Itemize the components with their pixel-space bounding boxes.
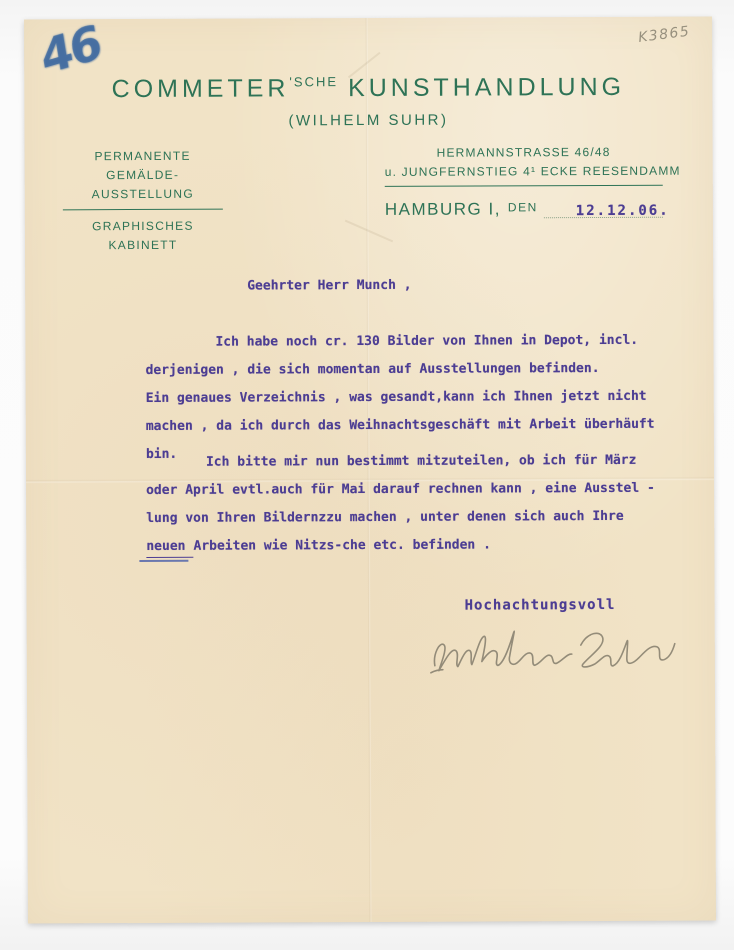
letterhead-left-line2: GEMÄLDE-AUSSTELLUNG	[63, 166, 223, 211]
body-line: oder April evtl.auch für Mai darauf rech…	[146, 475, 686, 505]
letterhead-left-line3: GRAPHISCHES KABINETT	[63, 210, 223, 256]
date-dotted-line: 12.12.06.	[544, 199, 663, 219]
den-label: DEN	[508, 198, 538, 218]
proprietor-name: (WILHELM SUHR)	[24, 111, 712, 131]
company-name-main: COMMETER	[112, 74, 290, 103]
body-line: Ein genaues Verzeichnis , was gesandt,ka…	[146, 383, 686, 413]
salutation: Geehrter Herr Munch ,	[145, 271, 685, 301]
body-line-underlined: neuenArbeiten wie Nitzs-che etc. befinde…	[146, 531, 686, 561]
company-name-suffix: 'SCHE	[289, 74, 338, 89]
letter-body: Geehrter Herr Munch , Ich habe noch cr. …	[145, 271, 686, 561]
letterhead-address-line2: u. JUNGFERNSTIEG 4¹ ECKE REESENDAMM	[385, 162, 663, 187]
company-name-tail: KUNSTHANDLUNG	[348, 73, 625, 102]
letterhead-right-block: HERMANNSTRASSE 46/48 u. JUNGFERNSTIEG 4¹…	[385, 143, 663, 219]
closing-phrase: Hochachtungsvoll	[465, 597, 616, 614]
city-label: HAMBURG I,	[385, 199, 501, 219]
letterhead-left-line1: PERMANENTE	[63, 147, 223, 167]
body-line-rest: Arbeiten wie Nitzs-che etc. befinden .	[193, 537, 490, 553]
scan-background: 46 K3865 COMMETER'SCHEKUNSTHANDLUNG (WIL…	[0, 0, 734, 950]
typed-date: 12.12.06.	[576, 203, 670, 219]
underlined-word: neuen	[146, 533, 185, 561]
letter-paper: 46 K3865 COMMETER'SCHEKUNSTHANDLUNG (WIL…	[24, 17, 716, 924]
city-date-line: HAMBURG I, DEN 12.12.06.	[385, 198, 663, 219]
paragraph-2: Ich bitte mir nun bestimmt mitzuteilen, …	[146, 447, 686, 561]
body-line: derjenigen , die sich momentan auf Ausst…	[146, 355, 686, 385]
body-line: machen , da ich durch das Weihnachtsgesc…	[146, 411, 686, 441]
letterhead-left-block: PERMANENTE GEMÄLDE-AUSSTELLUNG GRAPHISCH…	[63, 147, 223, 256]
signature-handwriting-wilhelm-suhr	[425, 615, 677, 688]
body-line: Ich habe noch cr. 130 Bilder von Ihnen i…	[145, 327, 685, 357]
body-line: Ich bitte mir nun bestimmt mitzuteilen, …	[146, 447, 686, 477]
body-line: lung von Ihren Bildernzzu machen , unter…	[146, 503, 686, 533]
letterhead-address-line1: HERMANNSTRASSE 46/48	[385, 143, 663, 163]
company-name: COMMETER'SCHEKUNSTHANDLUNG	[24, 73, 712, 105]
catalog-number-handwritten: K3865	[637, 23, 691, 45]
